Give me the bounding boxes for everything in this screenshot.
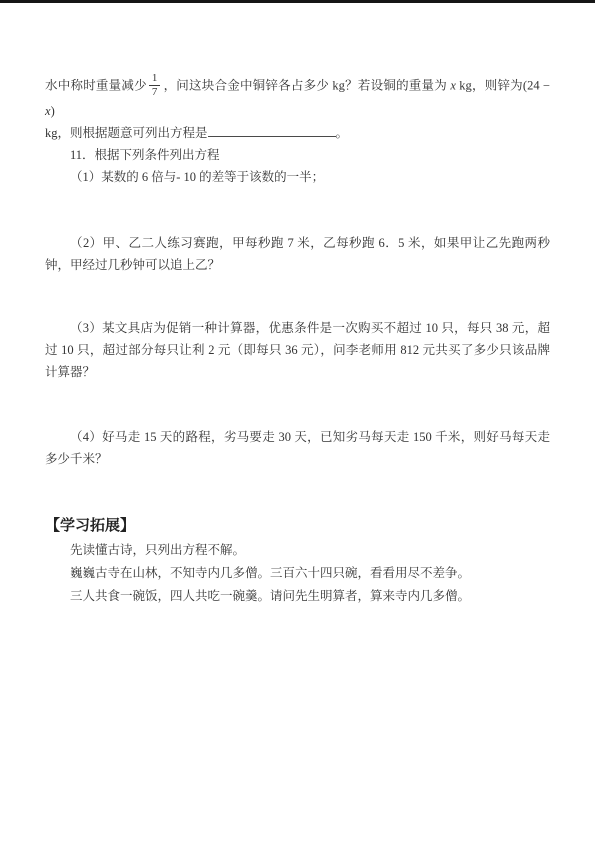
extension-section-heading: 【学习拓展】 xyxy=(45,513,550,539)
page-top-border xyxy=(0,0,595,3)
fraction-one-seventh: 17 xyxy=(149,72,161,99)
problem-11-item-1: （1）某数的 6 倍与- 10 的差等于该数的一半； xyxy=(45,166,550,188)
intro-text-2: ，问这块合金中铜锌各占多少 kg？若设铜的重量为 xyxy=(163,79,450,93)
problem-11-item-3: （3）某文具店为促销一种计算器，优惠条件是一次购买不超过 10 只，每只 38 … xyxy=(45,317,550,383)
problem-11-item-2: （2）甲、乙二人练习赛跑，甲每秒跑 7 米，乙每秒跑 6．5 米，如果甲让乙先跑… xyxy=(45,232,550,276)
problem-11-item-4: （4）好马走 15 天的路程，劣马要走 30 天，已知劣马每天走 150 千米，… xyxy=(45,426,550,470)
intro-text-5: kg，则根据题意可列出方程是 xyxy=(45,126,208,140)
extension-instruction: 先读懂古诗，只列出方程不解。 xyxy=(45,539,550,561)
intro-paragraph: 水中称时重量减少17，问这块合金中铜锌各占多少 kg？若设铜的重量为 x kg，… xyxy=(45,73,550,144)
problem-11-title: 11．根据下列条件列出方程 xyxy=(45,144,550,166)
fraction-denominator: 7 xyxy=(149,85,161,99)
intro-text-4: ) xyxy=(51,104,55,118)
document-content: 水中称时重量减少17，问这块合金中铜锌各占多少 kg？若设铜的重量为 x kg，… xyxy=(45,73,550,608)
answer-blank-line xyxy=(208,123,336,137)
poem-line-1: 巍巍古寺在山林，不知寺内几多僧。三百六十四只碗，看看用尽不差争。 xyxy=(45,562,550,584)
worksheet-page: 水中称时重量减少17，问这块合金中铜锌各占多少 kg？若设铜的重量为 x kg，… xyxy=(0,0,595,841)
fraction-numerator: 1 xyxy=(149,72,161,85)
intro-text-1: 水中称时重量减少 xyxy=(45,79,147,93)
intro-text-6: 。 xyxy=(336,126,349,140)
poem-line-2: 三人共食一碗饭，四人共吃一碗羹。请问先生明算者，算来寺内几多僧。 xyxy=(45,585,550,607)
intro-text-3: kg，则锌为(24 − xyxy=(456,79,550,93)
